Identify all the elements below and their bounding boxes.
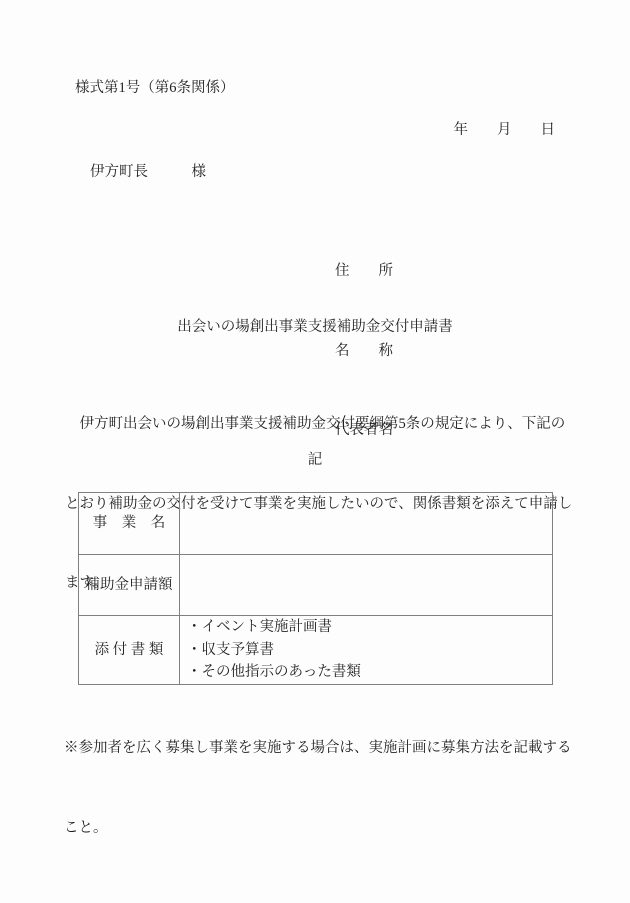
attachment-item: ・その他指示のあった書類 [187, 661, 552, 684]
table-row: 補助金申請額 [79, 555, 553, 616]
subsidy-amount-label: 補助金申請額 [79, 555, 180, 616]
body-paragraph-line: 伊方町出会いの場創出事業支援補助金交付要綱第5条の規定により、下記の [65, 411, 570, 438]
project-name-value [180, 493, 553, 555]
project-name-label: 事 業 名 [79, 493, 180, 555]
attachment-item: ・収支予算書 [187, 639, 552, 662]
document-page: 様式第1号（第6条関係） 年 月 日 伊方町長 様 住 所 名 称 代表者名 出… [0, 0, 630, 903]
application-table: 事 業 名 補助金申請額 添 付 書 類 ・イベント実施計画書 ・収支予算書 ・… [78, 492, 553, 685]
subsidy-amount-value [180, 555, 553, 616]
table-row: 添 付 書 類 ・イベント実施計画書 ・収支予算書 ・その他指示のあった書類 [79, 616, 553, 685]
document-title: 出会いの場創出事業支援補助金交付申請書 [0, 314, 630, 341]
table-row: 事 業 名 [79, 493, 553, 555]
footnote: ※参加者を広く募集し事業を実施する場合は、実施計画に募集方法を記載する こと。 [64, 682, 584, 894]
attachments-list: ・イベント実施計画書 ・収支予算書 ・その他指示のあった書類 [180, 616, 553, 685]
footnote-line: ※参加者を広く募集し事業を実施する場合は、実施計画に募集方法を記載する [64, 735, 584, 762]
footnote-line: こと。 [64, 815, 584, 842]
attachments-label: 添 付 書 類 [79, 616, 180, 685]
applicant-address-label: 住 所 [335, 258, 393, 285]
form-number: 様式第1号（第6条関係） [75, 75, 235, 102]
addressee-line: 伊方町長 様 [90, 159, 206, 186]
record-marker: 記 [0, 447, 630, 474]
attachment-item: ・イベント実施計画書 [187, 616, 552, 639]
date-line: 年 月 日 [454, 117, 556, 144]
